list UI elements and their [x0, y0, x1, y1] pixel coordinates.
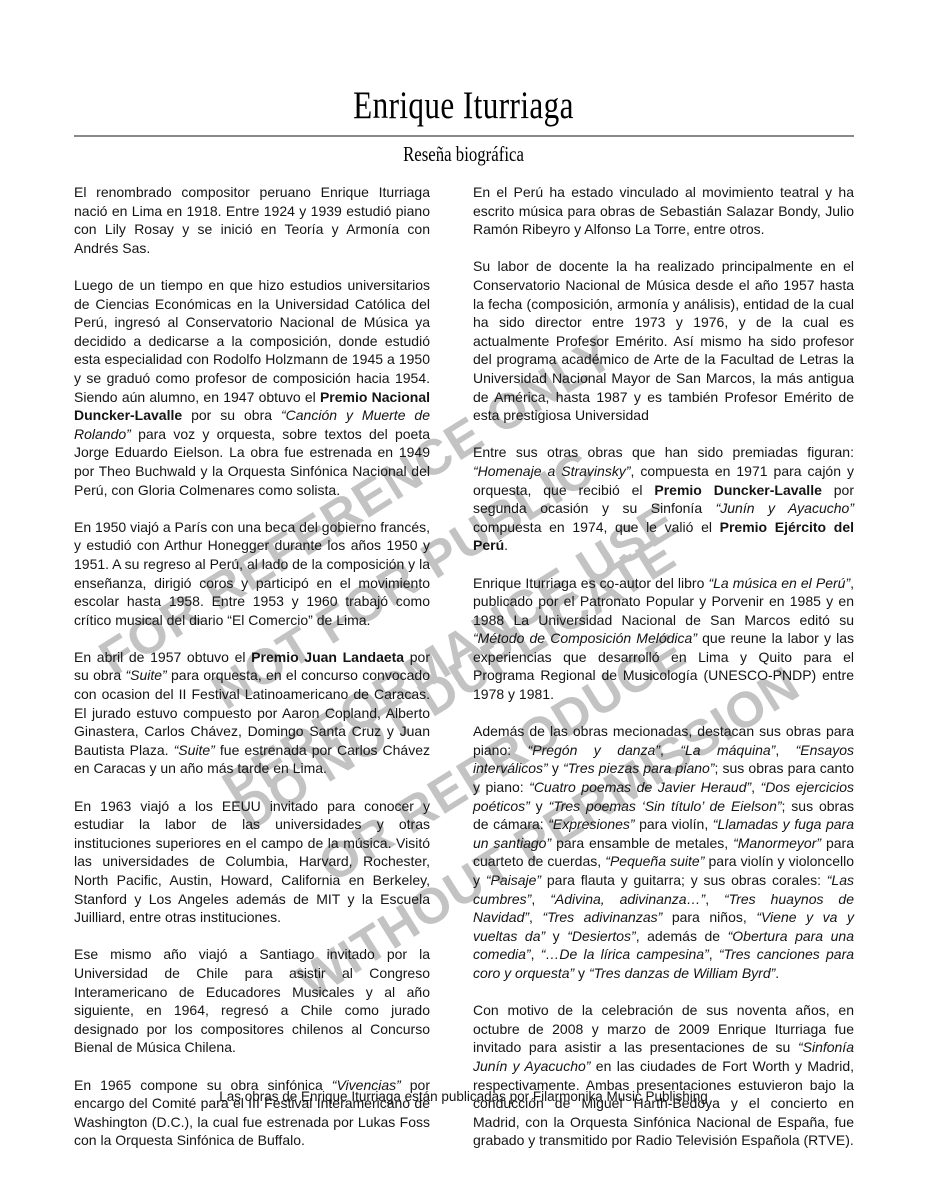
- text-run: para violín,: [635, 816, 713, 832]
- text-run: “Cuatro poemas de Javier Heraud”: [529, 779, 751, 795]
- text-run: “Homenaje a Stravinsky”: [473, 463, 630, 479]
- paragraph: Además de las obras mecionadas, destacan…: [473, 722, 854, 982]
- paragraph: Entre sus otras obras que han sido premi…: [473, 443, 854, 555]
- text-run: para niños,: [662, 909, 756, 925]
- paragraph: En 1965 compone su obra sinfónica “Viven…: [74, 1076, 430, 1150]
- text-run: “Junín y Ayacucho”: [716, 500, 854, 516]
- text-run: Premio Duncker-Lavalle: [654, 482, 822, 498]
- paragraph: En el Perú ha estado vinculado al movimi…: [473, 183, 854, 239]
- paragraph: En 1963 viajó a los EEUU invitado para c…: [74, 797, 430, 927]
- text-run: ,: [705, 891, 724, 907]
- text-run: .: [775, 965, 779, 981]
- body-columns: El renombrado compositor peruano Enrique…: [0, 183, 927, 1168]
- text-run: El renombrado compositor peruano Enrique…: [74, 184, 430, 256]
- text-run: y: [548, 760, 563, 776]
- text-run: ,: [531, 891, 550, 907]
- text-run: En 1963 viajó a los EEUU invitado para c…: [74, 798, 430, 926]
- text-run: .: [504, 537, 508, 553]
- page-title: Enrique Iturriaga: [93, 84, 835, 129]
- paragraph: En abril de 1957 obtuvo el Premio Juan L…: [74, 648, 430, 778]
- text-run: “Método de Composición Melódica”: [473, 630, 697, 646]
- text-run: Luego de un tiempo en que hizo estudios …: [74, 277, 430, 405]
- publisher-note: Las obras de Enrique Iturriaga están pub…: [0, 1089, 927, 1104]
- text-run: “Manormeyor”: [733, 835, 821, 851]
- title-rule: [74, 135, 854, 137]
- document-page: FOR REFERENCE ONLYNOT FOR PUBLICPERFORMA…: [0, 0, 927, 1200]
- text-run: ,: [529, 909, 542, 925]
- text-run: ,: [751, 779, 760, 795]
- text-run: En 1950 viajó a París con una beca del g…: [74, 519, 430, 628]
- text-run: y: [545, 928, 567, 944]
- left-column: El renombrado compositor peruano Enrique…: [74, 183, 430, 1168]
- text-run: “Tres piezas para piano”: [563, 760, 714, 776]
- text-run: “Desiertos”: [567, 928, 635, 944]
- text-run: ,: [660, 742, 680, 758]
- text-run: Con motivo de la celebración de sus nove…: [473, 1002, 854, 1055]
- text-run: En el Perú ha estado vinculado al movimi…: [473, 184, 854, 237]
- text-run: y: [574, 965, 589, 981]
- text-run: “Tres poemas ‘Sin título’ de Eielson”: [549, 798, 782, 814]
- text-run: “La música en el Perú”: [708, 575, 850, 591]
- text-run: para flauta y guitarra; y sus obras cora…: [541, 872, 827, 888]
- text-run: para ensamble de metales,: [551, 835, 733, 851]
- text-run: “Expresiones”: [548, 816, 634, 832]
- text-run: Su labor de docente la ha realizado prin…: [473, 258, 854, 423]
- text-run: “La máquina”: [680, 742, 775, 758]
- text-run: Ese mismo año viajó a Santiago invitado …: [74, 946, 430, 1055]
- page-content: Enrique Iturriaga Reseña biográfica El r…: [0, 0, 927, 1169]
- text-run: “Tres danzas de William Byrd”: [589, 965, 775, 981]
- paragraph: Ese mismo año viajó a Santiago invitado …: [74, 945, 430, 1057]
- text-run: Enrique Iturriaga es co-autor del libro: [473, 575, 708, 591]
- text-run: “Suite”: [174, 742, 215, 758]
- page-header: Enrique Iturriaga Reseña biográfica: [0, 0, 927, 167]
- text-run: “Pregón y danza”: [528, 742, 660, 758]
- text-run: “…De la lírica campesina”: [541, 946, 709, 962]
- paragraph: Luego de un tiempo en que hizo estudios …: [74, 276, 430, 499]
- text-run: “Paisaje”: [486, 872, 541, 888]
- text-run: por su obra: [182, 407, 281, 423]
- right-column: En el Perú ha estado vinculado al movimi…: [473, 183, 854, 1168]
- text-run: ,: [775, 742, 795, 758]
- page-subtitle: Reseña biográfica: [93, 142, 835, 167]
- text-run: ,: [709, 946, 719, 962]
- paragraph: Su labor de docente la ha realizado prin…: [473, 257, 854, 424]
- text-run: “Tres adivinanzas”: [542, 909, 662, 925]
- text-run: En abril de 1957 obtuvo el: [74, 649, 251, 665]
- text-run: “Suite”: [125, 667, 166, 683]
- text-run: “Pequeña suite”: [605, 853, 704, 869]
- text-run: “Adivina, adivinanza…”: [550, 891, 705, 907]
- text-run: , además de: [636, 928, 728, 944]
- text-run: Entre sus otras obras que han sido premi…: [473, 444, 854, 460]
- text-run: Premio Juan Landaeta: [251, 649, 404, 665]
- paragraph: Con motivo de la celebración de sus nove…: [473, 1001, 854, 1150]
- paragraph: Enrique Iturriaga es co-autor del libro …: [473, 574, 854, 704]
- paragraph: En 1950 viajó a París con una beca del g…: [74, 518, 430, 630]
- paragraph: El renombrado compositor peruano Enrique…: [74, 183, 430, 257]
- text-run: compuesta en 1974, que le valió el: [473, 519, 720, 535]
- text-run: y: [530, 798, 549, 814]
- text-run: ,: [531, 946, 541, 962]
